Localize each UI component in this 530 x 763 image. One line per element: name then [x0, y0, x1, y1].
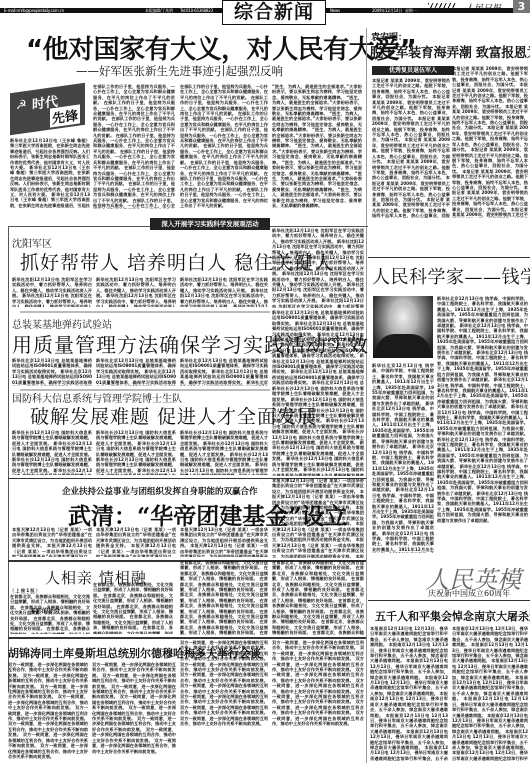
xiangqin-body-c: 在首都北京，各族群众和睦相处，文化交流日益频繁，形成了人相亲、情相融的良好局面。… — [180, 560, 268, 635]
nanjing-headline: 五千人和平集会悼念南京大屠杀遇难同胞 — [375, 608, 530, 624]
nanjing-body-b: 本报南京12月13日电 12月13日，侵华日军南京大屠杀遇难同胞纪念馆举行和平集… — [452, 626, 528, 761]
bottom-body-d: 双方一致同意，进一步深化两国在各领域的互利合作，推动中土友好合作关系不断向前发展… — [272, 640, 364, 760]
study-body-1b: 新华社沈阳12月13日电 沈阳军区在学习实践活动中，着力抓好帮带人、培养明白人、… — [96, 277, 176, 307]
scientist-body-left: 新华社北京12月13日电 钱学森，中国科学院、中国工程院院士，著名科学家，我国航… — [372, 363, 434, 553]
section-title: 综合新闻 — [222, 0, 326, 25]
study-body-2d: 新华社北京12月13日电 总装某基地弹药试验站运用ISO9001质量管理体系，确… — [272, 310, 364, 386]
study-body-1d: 新华社沈阳12月13日电 沈阳军区在学习实践活动中，着力抓好帮带人、培养明白人、… — [272, 228, 364, 308]
xiangqin-body-b: 在首都北京，各族群众和睦相处，文化交流日益频繁，形成了人相亲、情相融的良好局面。… — [93, 582, 173, 634]
masthead-editor: 本版编辑/丁兆明 — [145, 8, 173, 13]
study-body-3d: 新华社长沙12月13日电 国防科大信息系统与管理学院博士生队着眼破解发展难题，促… — [272, 386, 364, 476]
divider — [368, 257, 530, 258]
divider — [20, 311, 270, 313]
wuqing-kicker: 企业扶持公益事业与团组织发挥自身职能的双赢合作 — [62, 485, 258, 497]
nanjing-body-a: 本报南京12月13日电 12月13日，侵华日军南京大屠杀遇难同胞纪念馆举行和平集… — [370, 626, 448, 761]
masthead-weekday: 星期一 — [405, 8, 416, 13]
right-body-col1: 本报记者 某某某 2009年，袁安明带领员工走过不平凡的创业之路。他脱下军装，投… — [372, 78, 450, 218]
divider — [8, 637, 366, 639]
masthead-email: E-mail:rmrb@peopledaily.com.cn — [4, 8, 64, 13]
masthead-date: 2009年12月14日 — [372, 8, 402, 13]
right-headline: 脱下军装育海弄潮 致富报恩为国分忧 — [370, 42, 530, 61]
lead-headline: “他对国家有大义，对人民有大爱” — [26, 29, 416, 66]
lead-body-col1: 新华社北京12月13日电（王东峰 鲁超）第三军医大学西南医院，在张新生同志先进事… — [10, 138, 90, 208]
scientist-body-right: 新华社北京12月13日电 钱学森，中国科学院、中国工程院院士，著名科学家，我国航… — [437, 296, 528, 546]
divider — [368, 600, 530, 601]
lead-body-col2: 在部队工作的日子里，他坚持为兵服务，一心扑在工作上，全心全意为官兵和群众健康服务… — [180, 84, 268, 209]
masthead-phone: Tel:010-65368823 — [180, 8, 213, 13]
wuqing-body-d: 本报天津12月13日电（记者 某某）一项由华帝集团出资设立的“华帝团建基金”在天… — [272, 478, 364, 558]
era-pioneer-emblem: ☭ 时代 先锋 — [10, 83, 85, 136]
bottom-body-a: 双方一致同意，进一步深化两国在各领域的互利合作，推动中土友好合作关系不断向前发展… — [8, 662, 88, 760]
xiangqin-body-a: 在首都北京，各族群众和睦相处，文化交流日益频繁，形成了人相亲、情相融的良好局面。… — [10, 594, 90, 634]
study-body-2a: 新华社北京12月13日电 总装某基地弹药试验站运用ISO9001质量管理体系，确… — [12, 358, 92, 386]
study-body-2c: 新华社北京12月13日电 总装某基地弹药试验站运用ISO9001质量管理体系，确… — [180, 358, 268, 386]
scientist-photo — [373, 296, 433, 358]
study-body-3b: 新华社长沙12月13日电 国防科大信息系统与管理学院博士生队着眼破解发展难题，促… — [96, 430, 176, 475]
portrait-coat — [375, 334, 431, 358]
study-body-3a: 新华社长沙12月13日电 国防科大信息系统与管理学院博士生队着眼破解发展难题，促… — [12, 430, 92, 475]
xiangqin-body-d: 在首都北京，各族群众和睦相处，文化交流日益频繁，形成了人相亲、情相融的良好局面。… — [272, 560, 364, 635]
wuqing-body-a: 本报天津12月13日电（记者 某某）一项由华帝集团出资设立的“华帝团建基金”在天… — [12, 527, 92, 557]
scientist-headline: 人民科学家——钱学森 — [372, 263, 530, 289]
lead-body-col3: “医生，为病人，就是医生的全部追求。”大家纷纷表示，要以张新生同志为榜样，学习他… — [272, 84, 362, 209]
study-box-tab: 深入开展学习实践科学发展观活动 — [150, 218, 270, 230]
lead-body-col1b: 在部队工作的日子里，他坚持为兵服务，一心扑在工作上，全心全意为官兵和群众健康服务… — [93, 84, 175, 209]
study-body-3c: 新华社长沙12月13日电 国防科大信息系统与管理学院博士生队着眼破解发展难题，促… — [180, 430, 268, 475]
wuqing-body-b: 本报天津12月13日电（记者 某某）一项由华帝集团出资设立的“华帝团建基金”在天… — [96, 527, 176, 557]
study-body-2b: 新华社北京12月13日电 总装某基地弹药试验站运用ISO9001质量管理体系，确… — [96, 358, 176, 386]
decorative-hatch — [428, 3, 456, 11]
study-body-1c: 新华社沈阳12月13日电 沈阳军区在学习实践活动中，着力抓好帮带人、培养明白人、… — [180, 277, 268, 307]
section-en: News — [330, 8, 340, 13]
wuqing-body-c: 本报天津12月13日电（记者 某某）一项由华帝集团出资设立的“华帝团建基金”在天… — [180, 527, 268, 557]
right-body-col2: 本报记者 某某某 2009年，袁安明带领员工走过不平凡的创业之路。他脱下军装，投… — [452, 66, 528, 218]
hero-subtitle: 庆祝新中国成立60周年 — [428, 588, 510, 599]
page-number: 3 — [513, 0, 530, 13]
lead-subheadline: ——好军医张新生先进事迹引起强烈反响 — [76, 63, 283, 79]
bottom-body-c: 双方一致同意，进一步深化两国在各领域的互利合作，推动中土友好合作关系不断向前发展… — [180, 640, 268, 760]
paper-logo: 人民日报 — [465, 1, 501, 14]
party-emblem-icon: ☭ — [16, 97, 27, 113]
study-body-1a: 新华社沈阳12月13日电 沈阳军区在学习实践活动中，着力抓好帮带人、培养明白人、… — [12, 277, 92, 307]
portrait-face — [389, 302, 417, 336]
right-tag: 优秀复员退伍军人 — [372, 66, 454, 75]
bottom-body-b: 双方一致同意，进一步深化两国在各领域的互利合作，推动中土友好合作关系不断向前发展… — [92, 662, 176, 760]
